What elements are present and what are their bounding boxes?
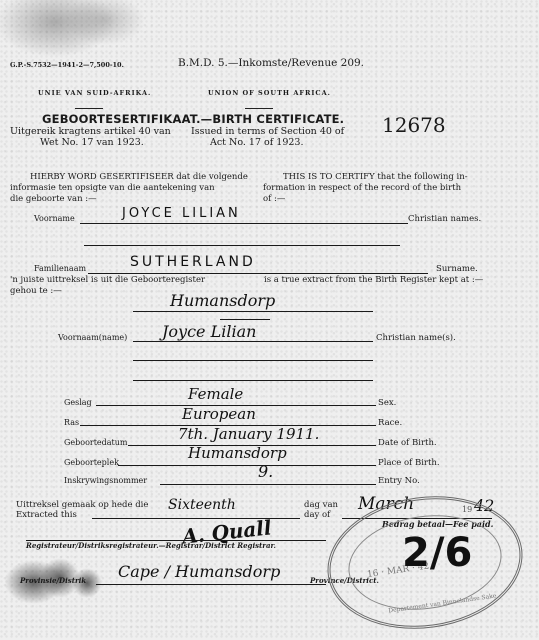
date-of-birth-label: Date of Birth. xyxy=(378,438,437,448)
voornaam-label: Voornaam(name) xyxy=(58,333,127,342)
extract-af-1: 'n juiste uittreksel is uit die Geboorte… xyxy=(10,275,205,285)
intro-af-2: informasie ten opsigte van die aantekeni… xyxy=(10,183,215,193)
familienaam-value: SUTHERLAND xyxy=(130,254,256,270)
register-place-value: Humansdorp xyxy=(170,291,275,310)
voorname-label: Voorname xyxy=(34,214,75,223)
certificate-title: GEBOORTESERTIFIKAAT.—BIRTH CERTIFICATE. xyxy=(42,112,344,126)
country-af: UNIE VAN SUID-AFRIKA. xyxy=(38,89,151,97)
race-label: Race. xyxy=(378,418,402,428)
geboortedatum-value: 7th. January 1911. xyxy=(178,425,319,443)
geboorteplek-value: Humansdorp xyxy=(188,444,287,462)
intro-af-1: HIERBY WORD GESERTIFISEER dat die volgen… xyxy=(30,172,248,182)
voorname-value: JOYCE LILIAN xyxy=(122,206,241,221)
surname-label: Surname. xyxy=(436,264,478,274)
province-label-left: Provinsie/Distrik xyxy=(20,576,86,585)
province-value: Cape / Humansdorp xyxy=(118,562,280,581)
country-en: UNION OF SOUTH AFRICA. xyxy=(208,89,331,97)
registrar-label: Registrateur/Distriksregistrateur.—Regis… xyxy=(26,541,276,550)
extract-en: is a true extract from the Birth Registe… xyxy=(264,275,483,285)
geslag-value: Female xyxy=(188,385,243,403)
inskrywingsnommer-line xyxy=(160,484,376,485)
day-value: Sixteenth xyxy=(168,497,236,513)
christian-name-s-label: Christian name(s). xyxy=(376,333,456,343)
fee-value: 2/6 xyxy=(402,530,472,576)
intro-en-1: THIS IS TO CERTIFY that the following in… xyxy=(283,172,468,182)
issued-af-2: Wet No. 17 van 1923. xyxy=(40,137,144,148)
voornaam-line-3 xyxy=(133,380,373,381)
voorname-line xyxy=(80,223,408,224)
print-code: G.P.-S.7532—1941-2—7,500-10. xyxy=(10,61,124,69)
place-of-birth-label: Place of Birth. xyxy=(378,458,440,468)
register-place-line xyxy=(133,311,373,312)
extracted-af: Uittreksel gemaak op hede die xyxy=(16,500,148,510)
serial-number: 12678 xyxy=(382,113,446,137)
voornaam-line xyxy=(133,341,373,342)
inskrywingsnommer-label: Inskrywingsnommer xyxy=(64,476,147,485)
geboorteplek-label: Geboorteplek xyxy=(64,458,119,467)
divider xyxy=(75,108,103,109)
entry-no-label: Entry No. xyxy=(378,476,420,486)
voornaam-line-2 xyxy=(133,360,373,361)
familienaam-label: Familienaam xyxy=(34,264,86,273)
strike-line xyxy=(220,319,270,320)
voornaam-value: Joyce Lilian xyxy=(162,322,256,341)
inskrywingsnommer-value: 9. xyxy=(258,462,273,481)
geboorteplek-line xyxy=(118,465,376,466)
form-code: B.M.D. 5.—Inkomste/Revenue 209. xyxy=(178,57,364,69)
dag-van-label: dag van xyxy=(304,500,338,510)
extracted-en: Extracted this xyxy=(16,510,77,520)
extract-af-2: gehou te :— xyxy=(10,286,62,296)
intro-en-2: formation in respect of the record of th… xyxy=(263,183,461,193)
christian-names-label: Christian names. xyxy=(408,214,481,224)
geboortedatum-label: Geboortedatum xyxy=(64,438,128,447)
ras-value: European xyxy=(182,405,256,423)
sex-label: Sex. xyxy=(378,398,396,408)
province-line xyxy=(96,584,326,585)
issued-en-1: Issued in terms of Section 40 of xyxy=(191,126,344,137)
issued-en-2: Act No. 17 of 1923. xyxy=(210,137,303,148)
voorname-line-2 xyxy=(84,245,400,246)
intro-af-3: die geboorte van :— xyxy=(10,194,97,204)
ras-label: Ras xyxy=(64,418,79,427)
issued-af-1: Uitgereik kragtens artikel 40 van xyxy=(10,126,171,137)
geslag-label: Geslag xyxy=(64,398,92,407)
divider xyxy=(245,108,273,109)
day-of-label: day of xyxy=(304,510,330,520)
intro-en-3: of :— xyxy=(263,194,285,204)
familienaam-line xyxy=(88,273,428,274)
